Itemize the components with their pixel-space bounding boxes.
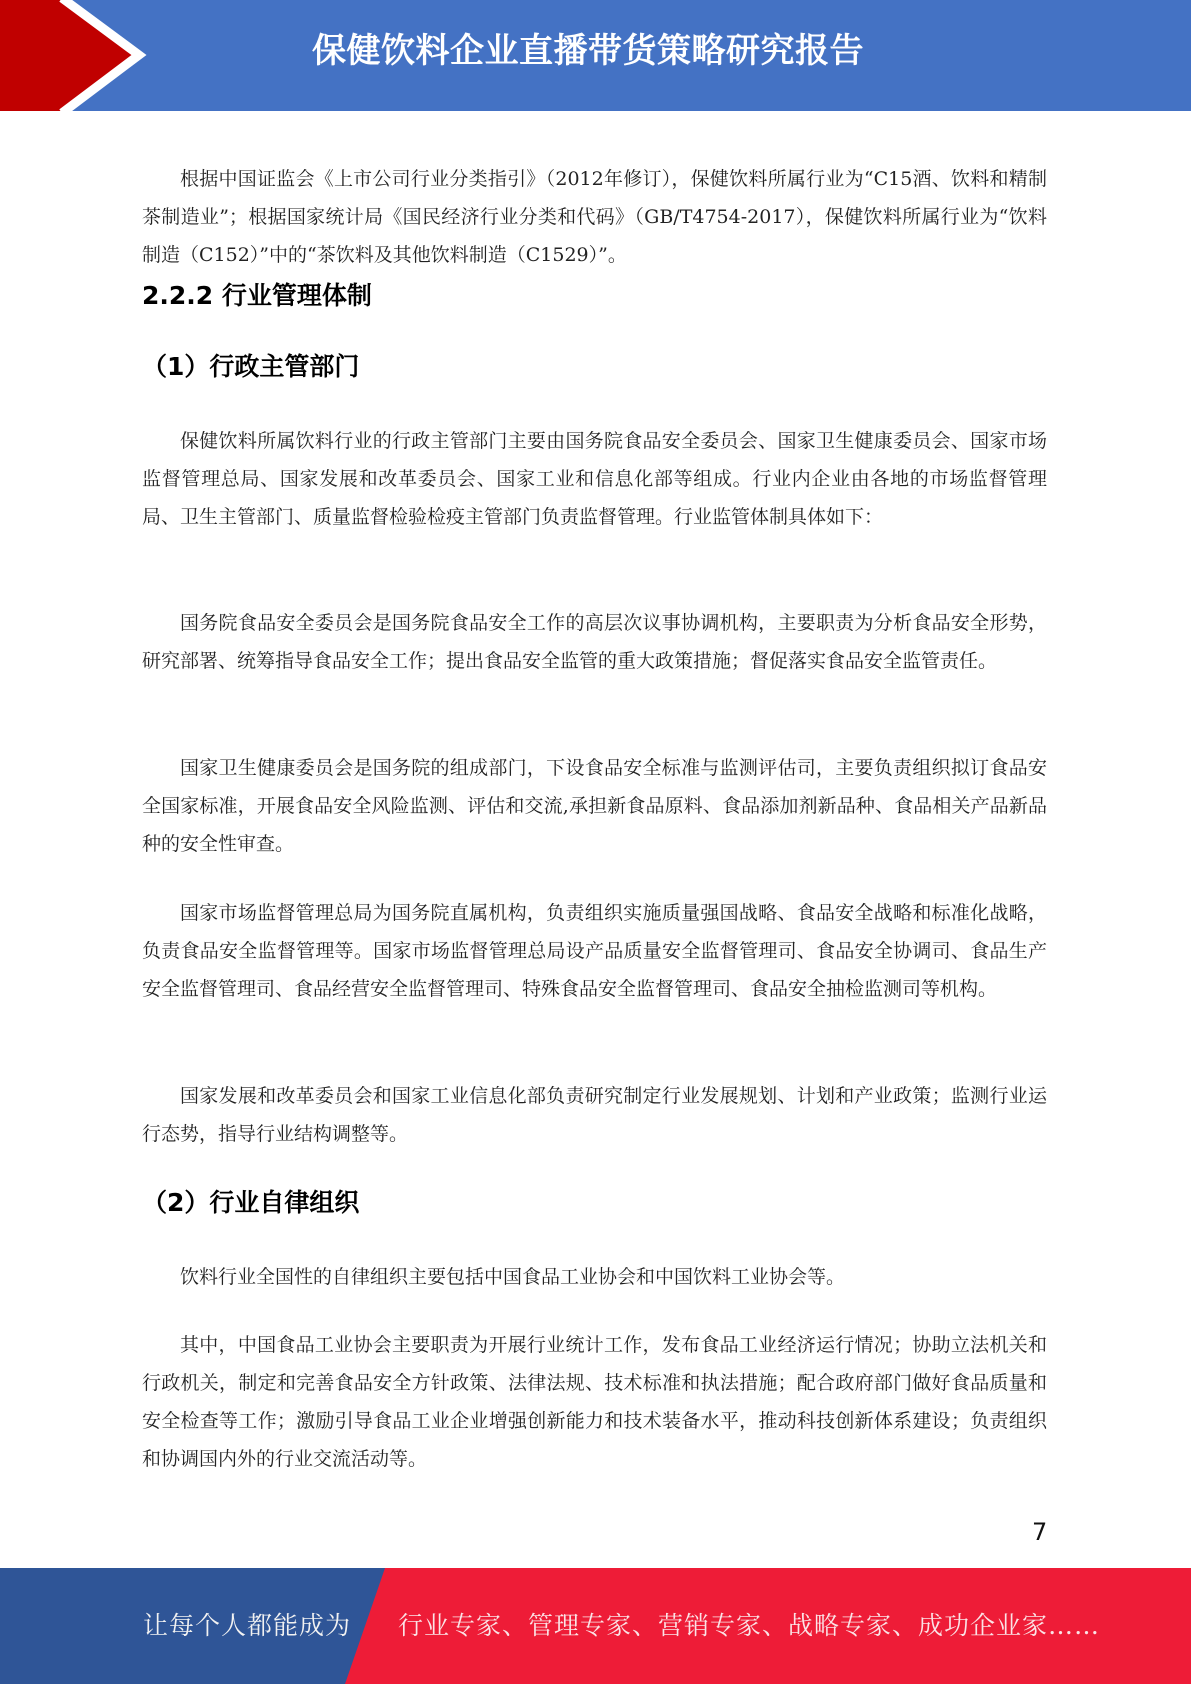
paragraph: 国家发展和改革委员会和国家工业信息化部负责研究制定行业发展规划、计划和产业政策；… [142, 1077, 1047, 1153]
footer-slogan-left: 让每个人都能成为 [143, 1606, 351, 1642]
paragraph: 饮料行业全国性的自律组织主要包括中国食品工业协会和中国饮料工业协会等。 [142, 1258, 1047, 1296]
page-footer: 让每个人都能成为 行业专家、管理专家、营销专家、战略专家、成功企业家…… [0, 1568, 1191, 1684]
arrow-chevron-icon [0, 0, 200, 111]
paragraph: 保健饮料所属饮料行业的行政主管部门主要由国务院食品安全委员会、国家卫生健康委员会… [142, 422, 1047, 536]
paragraph-text: 其中，中国食品工业协会主要职责为开展行业统计工作，发布食品工业经济运行情况；协助… [142, 1326, 1047, 1478]
paragraph-text: 国家市场监督管理总局为国务院直属机构，负责组织实施质量强国战略、食品安全战略和标… [142, 894, 1047, 1008]
paragraph: 国家卫生健康委员会是国务院的组成部门，下设食品安全标准与监测评估司，主要负责组织… [142, 749, 1047, 863]
intro-section: 根据中国证监会《上市公司行业分类指引》（2012年修订），保健饮料所属行业为“C… [142, 160, 1047, 274]
page-number: 7 [1032, 1518, 1047, 1546]
page-header: 保健饮料企业直播带货策略研究报告 [0, 0, 1191, 111]
paragraph-text: 国务院食品安全委员会是国务院食品安全工作的高层次议事协调机构，主要职责为分析食品… [142, 604, 1047, 680]
paragraph: 国家市场监督管理总局为国务院直属机构，负责组织实施质量强国战略、食品安全战略和标… [142, 894, 1047, 1008]
report-title: 保健饮料企业直播带货策略研究报告 [312, 26, 864, 76]
paragraph: 国务院食品安全委员会是国务院食品安全工作的高层次议事协调机构，主要职责为分析食品… [142, 604, 1047, 680]
intro-paragraph: 根据中国证监会《上市公司行业分类指引》（2012年修订），保健饮料所属行业为“C… [142, 160, 1047, 274]
paragraph-text: 国家发展和改革委员会和国家工业信息化部负责研究制定行业发展规划、计划和产业政策；… [142, 1077, 1047, 1153]
paragraph-text: 保健饮料所属饮料行业的行政主管部门主要由国务院食品安全委员会、国家卫生健康委员会… [142, 422, 1047, 536]
footer-slogan-right: 行业专家、管理专家、营销专家、战略专家、成功企业家…… [398, 1606, 1100, 1642]
paragraph: 其中，中国食品工业协会主要职责为开展行业统计工作，发布食品工业经济运行情况；协助… [142, 1326, 1047, 1478]
paragraph-text: 饮料行业全国性的自律组织主要包括中国食品工业协会和中国饮料工业协会等。 [142, 1258, 1047, 1296]
subsection-heading-2: （2）行业自律组织 [142, 1183, 359, 1219]
subsection-heading-1: （1）行政主管部门 [142, 347, 359, 383]
section-heading: 2.2.2 行业管理体制 [142, 276, 372, 312]
paragraph-text: 国家卫生健康委员会是国务院的组成部门，下设食品安全标准与监测评估司，主要负责组织… [142, 749, 1047, 863]
